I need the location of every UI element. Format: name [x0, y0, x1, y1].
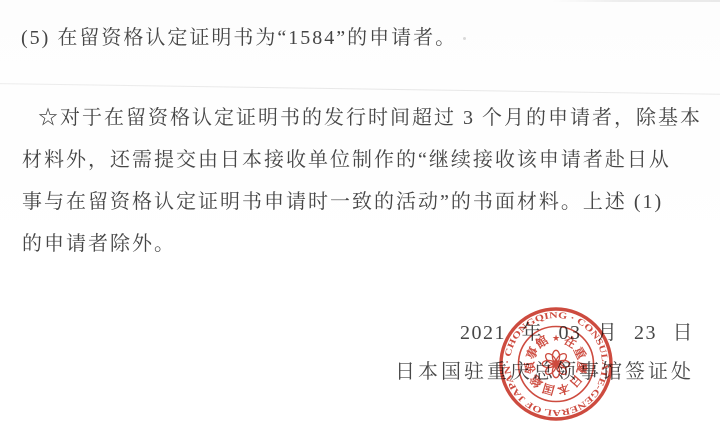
page-edge-shadow: [552, 0, 720, 2]
note-line-2: 材料外，还需提交由日本接收单位制作的“继续接收该申请者赴日从: [22, 139, 682, 181]
note-line-1: ☆对于在留资格认定证明书的发行时间超过 3 个月的申请者，除基本: [22, 97, 682, 139]
note-line-3: 事与在留资格认定证明书申请时一致的活动”的书面材料。上述 (1): [22, 181, 682, 223]
consulate-seal-stamp: · CHONGQING · CONSULATE-GENERAL OF JAPAN…: [496, 304, 616, 424]
scan-speck: [463, 37, 466, 40]
star-separator-icon: ★: [552, 333, 560, 343]
note-line-4: 的申请者除外。: [22, 223, 682, 265]
seal-svg: · CHONGQING · CONSULATE-GENERAL OF JAPAN…: [496, 304, 616, 424]
flower-emblem-icon: [542, 350, 569, 377]
seal-inner-char: 領: [521, 361, 538, 375]
scanned-document-page: (5) 在留资格认定证明书为“1584”的申请者。 ☆对于在留资格认定证明书的发…: [0, 0, 720, 426]
scan-crease-line: [0, 83, 720, 95]
note-paragraph: ☆对于在留资格认定证明书的发行时间超过 3 个月的申请者，除基本 材料外，还需提…: [22, 97, 682, 265]
item-line-5: (5) 在留资格认定证明书为“1584”的申请者。: [21, 25, 457, 51]
